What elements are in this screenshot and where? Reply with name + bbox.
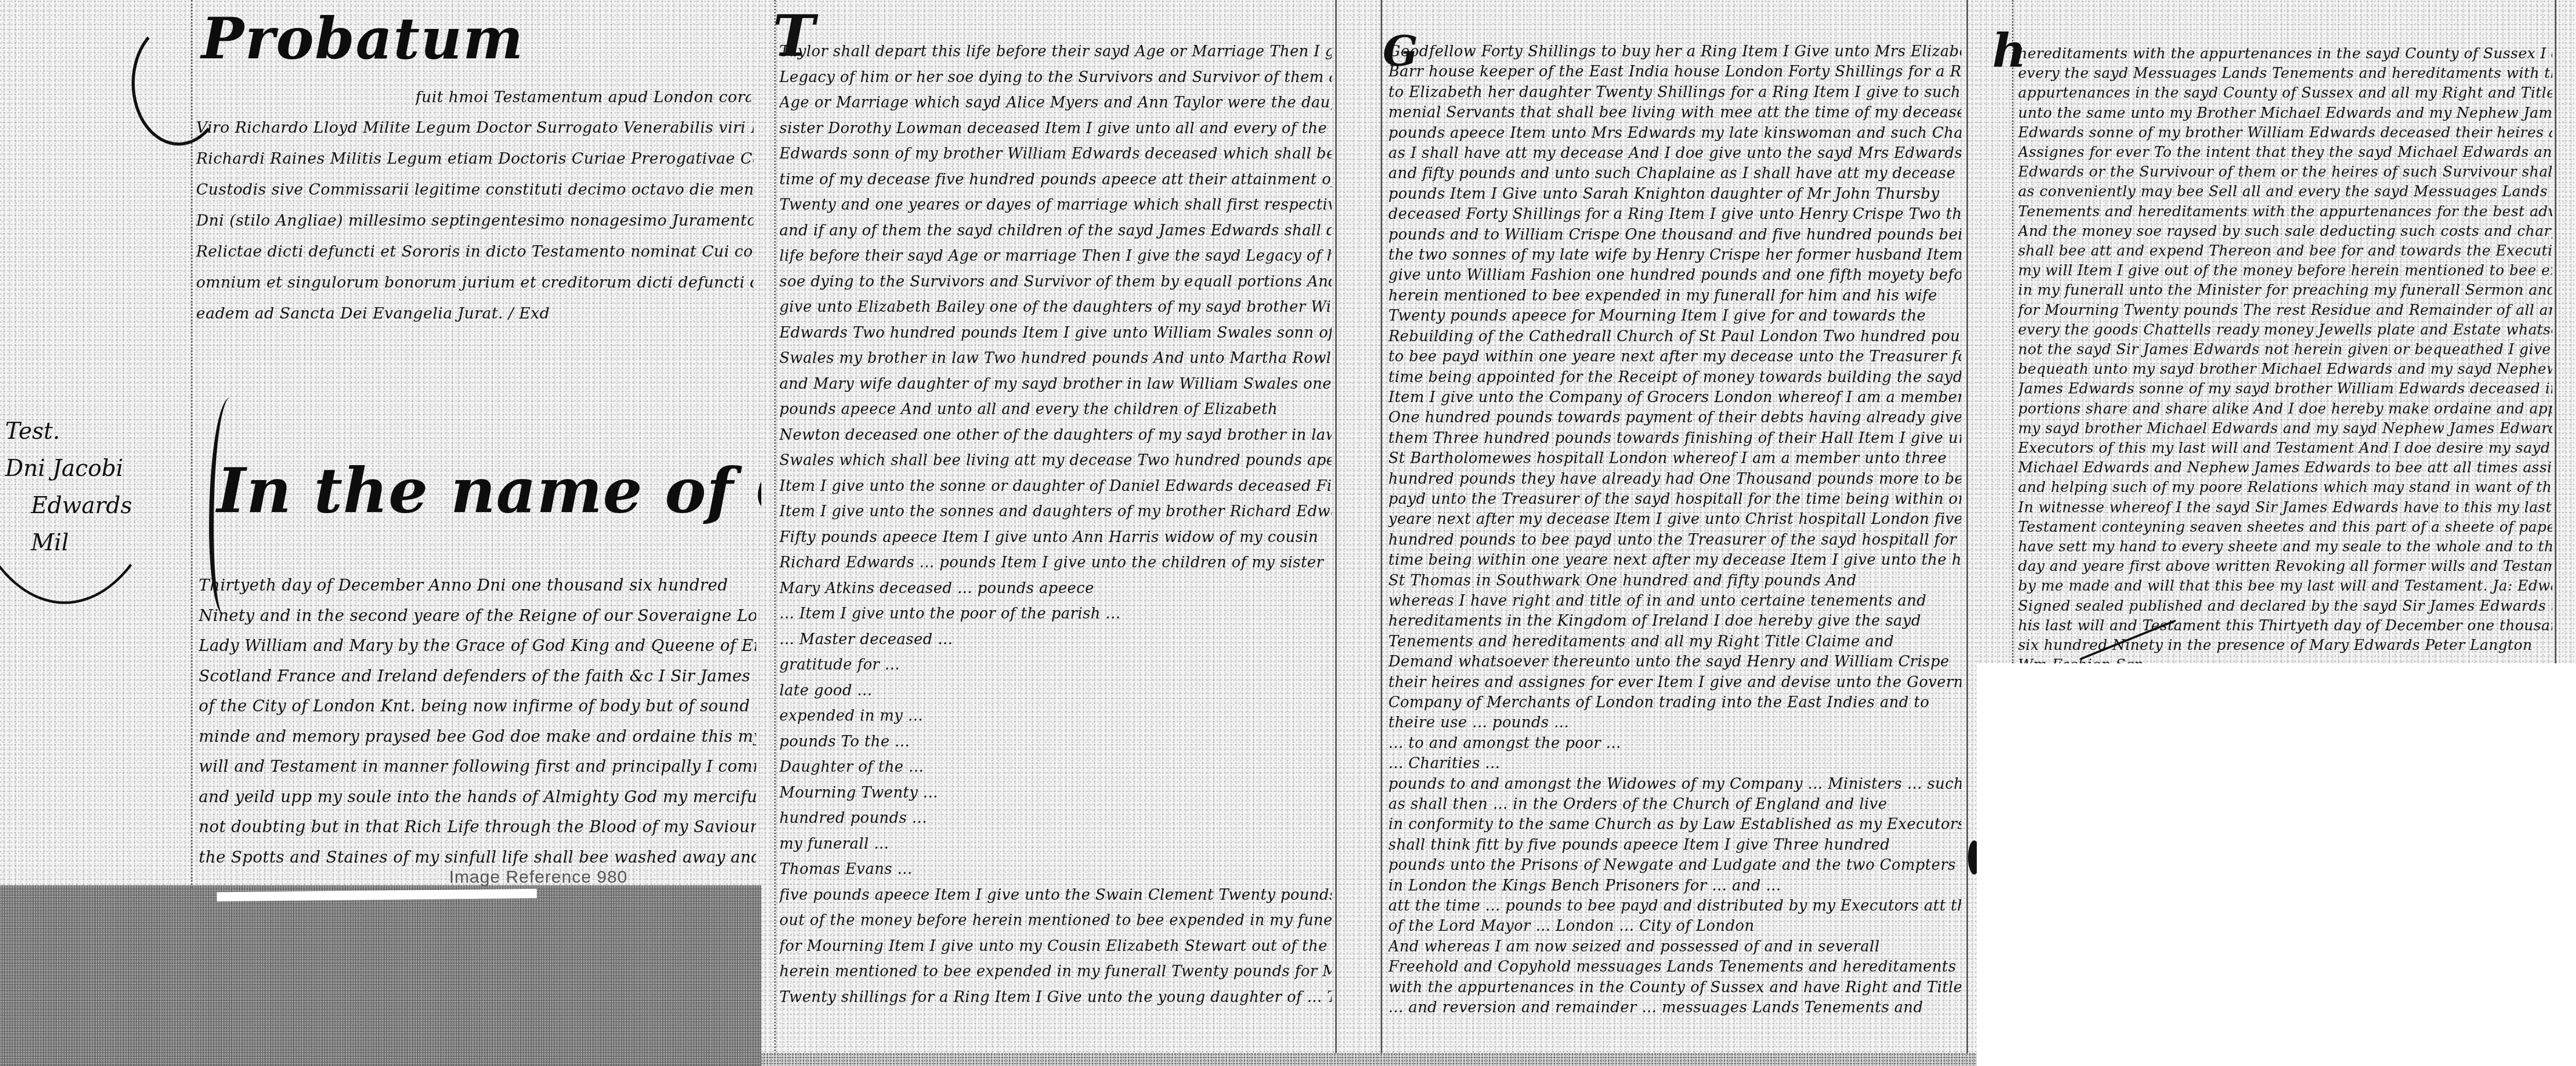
text-line: as I shall have att my decease And I doe… <box>1388 143 1961 163</box>
ink-blot <box>1968 840 1977 874</box>
will-line: not doubting but in that Rich Life throu… <box>199 812 756 842</box>
probate-clause-line: fuit hmoi Testamentum apud London coram … <box>415 83 751 113</box>
text-line: of the Lord Mayor ... London ... City of… <box>1388 916 1961 936</box>
text-line: them Three hundred pounds towards finish… <box>1388 428 1961 448</box>
text-line: time being within one yeare next after m… <box>1388 550 1961 570</box>
text-line: Assignes for ever To the intent that the… <box>2018 142 2552 162</box>
text-line: to Elizabeth her daughter Twenty Shillin… <box>1388 82 1961 102</box>
text-line: Rebuilding of the Cathedrall Church of S… <box>1388 326 1961 346</box>
text-line: time of my decease five hundred pounds a… <box>779 167 1332 193</box>
text-line: ... to and amongst the poor ... <box>1388 733 1961 753</box>
text-line: menial Servants that shall bee living wi… <box>1388 102 1961 122</box>
text-line: In witnesse whereof I the sayd Sir James… <box>2018 498 2552 517</box>
text-line: appurtenances in the sayd County of Suss… <box>2018 83 2552 103</box>
will-line: will and Testament in manner following f… <box>199 752 756 782</box>
text-line: Age or Marriage which sayd Alice Myers a… <box>779 90 1332 116</box>
text-line: Legacy of him or her soe dying to the Su… <box>779 65 1332 90</box>
text-line: hereditaments with the appurtenances in … <box>2018 44 2552 63</box>
text-line: to bee payd within one yeare next after … <box>1388 346 1961 367</box>
text-line: Demand whatsoever thereunto unto the say… <box>1388 651 1961 672</box>
panel-2-text: Taylor shall depart this life before the… <box>779 39 1332 1010</box>
text-line: St Thomas in Southwark One hundred and f… <box>1388 570 1961 591</box>
text-line: five pounds apeece Item I give unto the … <box>779 882 1332 908</box>
text-line: Fifty pounds apeece Item I give unto Ann… <box>779 524 1332 550</box>
text-line: herein mentioned to bee expended in my f… <box>779 959 1332 984</box>
text-line: every the goods Chattells ready money Je… <box>2018 320 2552 340</box>
text-line: Executors of this my last will and Testa… <box>2018 438 2552 458</box>
gutter-rule <box>2555 0 2556 663</box>
margin-note-line: Dni Jacobi <box>0 450 170 487</box>
text-line: bequeath unto my sayd brother Michael Ed… <box>2018 359 2552 379</box>
will-line: Scotland France and Ireland defenders of… <box>199 661 756 692</box>
text-line: time being appointed for the Receipt of … <box>1388 367 1961 387</box>
text-line: and helping such of my poore Relations w… <box>2018 478 2552 497</box>
text-line: hundred pounds they have already had One… <box>1388 469 1961 489</box>
page-panel-3: G Goodfellow Forty Shillings to buy her … <box>1350 0 1977 1066</box>
text-line: Michael Edwards and Nephew James Edwards… <box>2018 458 2552 478</box>
probate-clause-line: eadem ad Sancta Dei Evangelia Jurat. / E… <box>196 298 754 329</box>
text-line: soe dying to the Survivors and Survivor … <box>779 269 1332 295</box>
text-line: Swales which shall bee living att my dec… <box>779 448 1332 473</box>
text-line: out of the money before herein mentioned… <box>779 908 1332 933</box>
text-line: have sett my hand to every sheete and my… <box>2018 537 2552 556</box>
probate-clause-line: omnium et singulorum bonorum jurium et c… <box>196 267 754 298</box>
gutter-rule <box>1335 0 1337 1066</box>
text-line: in conformity to the same Church as by L… <box>1388 814 1961 834</box>
text-line: gratitude for ... <box>779 652 1332 678</box>
text-line: James Edwards sonne of my sayd brother W… <box>2018 379 2552 399</box>
text-line: for Mourning Twenty pounds The rest Resi… <box>2018 300 2552 320</box>
margin-note-line: Edwards Mil <box>0 487 170 562</box>
text-line: my will Item I give out of the money bef… <box>2018 261 2552 280</box>
text-line: unto the same unto my Brother Michael Ed… <box>2018 103 2552 123</box>
text-line: pounds apeece And unto all and every the… <box>779 396 1332 422</box>
text-line: hundred pounds ... <box>779 805 1332 831</box>
page-panel-4: h hereditaments with the appurtenances i… <box>1977 0 2576 663</box>
text-line: pounds to and amongst the Widowes of my … <box>1388 774 1961 794</box>
text-line: in my funerall unto the Minister for pre… <box>2018 280 2552 300</box>
gutter-rule <box>1966 0 1968 1053</box>
text-line: every the sayd Messuages Lands Tenements… <box>2018 63 2552 83</box>
text-line: pounds unto the Prisons of Newgate and L… <box>1388 855 1961 875</box>
will-line: Thirtyeth day of December Anno Dni one t… <box>199 570 756 601</box>
text-line: theire use ... pounds ... <box>1388 712 1961 733</box>
text-line: portions share and share alike And I doe… <box>2018 399 2552 419</box>
text-line: pounds Item I Give unto Sarah Knighton d… <box>1388 184 1961 204</box>
text-line: expended in my ... <box>779 703 1332 729</box>
panel-3-text: Goodfellow Forty Shillings to buy her a … <box>1388 41 1961 1018</box>
text-line: Newton deceased one other of the daughte… <box>779 422 1332 448</box>
will-line: Lady William and Mary by the Grace of Go… <box>199 631 756 661</box>
text-line: Twenty pounds apeece for Mourning Item I… <box>1388 306 1961 326</box>
will-heading: In the name of God Amen this <box>217 454 761 527</box>
will-line: of the City of London Knt. being now inf… <box>199 691 756 722</box>
text-line: deceased Forty Shillings for a Ring Item… <box>1388 204 1961 224</box>
text-line: hereditaments in the Kingdom of Ireland … <box>1388 611 1961 631</box>
text-line: Item I give unto the Company of Grocers … <box>1388 387 1961 407</box>
text-line: for Mourning Item I give unto my Cousin … <box>779 933 1332 959</box>
text-line: Goodfellow Forty Shillings to buy her a … <box>1388 41 1961 61</box>
text-line: One hundred pounds towards payment of th… <box>1388 407 1961 427</box>
text-line: Item I give unto the sonne or daughter o… <box>779 473 1332 499</box>
probate-clause-line: Richardi Raines Militis Legum etiam Doct… <box>196 144 754 174</box>
text-line: my sayd brother Michael Edwards and my s… <box>2018 419 2552 438</box>
text-line: and if any of them the sayd children of … <box>779 218 1332 244</box>
text-line: his last will and Testament this Thirtye… <box>2018 616 2552 635</box>
margin-rule <box>774 0 776 1066</box>
text-line: Daughter of the ... <box>779 754 1332 780</box>
text-line: my funerall ... <box>779 831 1332 857</box>
text-line: as conveniently may bee Sell all and eve… <box>2018 182 2552 201</box>
image-reference-label: Image Reference 980 <box>449 867 628 887</box>
text-line: ... Master deceased ... <box>779 627 1332 653</box>
will-line: and yeild upp my soule into the hands of… <box>199 782 756 813</box>
text-line: Edwards sonne of my brother William Edwa… <box>2018 123 2552 142</box>
text-line: Barr house keeper of the East India hous… <box>1388 61 1961 82</box>
text-line: Freehold and Copyhold messuages Lands Te… <box>1388 957 1961 977</box>
page-panel-1: Probatum fuit hmoi Testamentum apud Lond… <box>0 0 761 1066</box>
text-line: shall think fitt by five pounds apeece I… <box>1388 835 1961 855</box>
probate-clause-line: Relictae dicti defuncti et Sororis in di… <box>196 236 754 267</box>
text-line: Edwards sonn of my brother William Edwar… <box>779 141 1332 167</box>
text-line: day and yeare first above written Revoki… <box>2018 556 2552 576</box>
text-line: give unto William Fashion one hundred po… <box>1388 265 1961 285</box>
text-line: ... Charities ... <box>1388 753 1961 773</box>
margin-rule <box>1381 0 1382 1053</box>
text-line: the two sonnes of my late wife by Henry … <box>1388 245 1961 265</box>
text-line: life before their sayd Age or marriage T… <box>779 243 1332 269</box>
text-line: give unto Elizabeth Bailey one of the da… <box>779 294 1332 320</box>
scan-edge-strip <box>1350 1053 1977 1066</box>
text-line: Tenements and hereditaments with the app… <box>2018 202 2552 221</box>
margin-note-line: Test. <box>0 413 170 450</box>
text-line: as shall then ... in the Orders of the C… <box>1388 794 1961 814</box>
panel-4-text: hereditaments with the appurtenances in … <box>2018 44 2552 663</box>
text-line: Company of Merchants of London trading i… <box>1388 692 1961 712</box>
scan-edge-strip <box>761 1053 1350 1066</box>
text-line: hundred pounds to bee payd unto the Trea… <box>1388 530 1961 550</box>
text-line: sister Dorothy Lowman deceased Item I gi… <box>779 116 1332 141</box>
margin-rule <box>2012 0 2013 663</box>
text-line: and fifty pounds and unto such Chaplaine… <box>1388 163 1961 183</box>
probate-clause-body: Viro Richardo Lloyd Milite Legum Doctor … <box>196 113 754 329</box>
text-line: Item I give unto the sonnes and daughter… <box>779 499 1332 524</box>
will-line: Ninety and in the second yeare of the Re… <box>199 601 756 631</box>
text-line: ... and reversion and remainder ... mess… <box>1388 997 1961 1017</box>
text-line: and Mary wife daughter of my sayd brothe… <box>779 371 1332 397</box>
text-line: Edwards Two hundred pounds Item I give u… <box>779 320 1332 346</box>
will-line: minde and memory praysed bee God doe mak… <box>199 722 756 752</box>
text-line: Testament conteyning seaven sheetes and … <box>2018 517 2552 537</box>
text-line: shall bee att and expend Thereon and bee… <box>2018 241 2552 261</box>
probate-clause: fuit hmoi Testamentum apud London coram … <box>415 83 751 113</box>
text-line: in London the Kings Bench Prisoners for … <box>1388 876 1961 896</box>
probate-clause-line: Viro Richardo Lloyd Milite Legum Doctor … <box>196 113 754 144</box>
text-line: Signed sealed published and declared by … <box>2018 596 2552 616</box>
scan-edge-band <box>0 885 761 1066</box>
text-line: And the money soe raysed by such sale de… <box>2018 221 2552 241</box>
text-line: att the time ... pounds to bee payd and … <box>1388 896 1961 916</box>
margin-note: Test. Dni Jacobi Edwards Mil <box>0 413 170 562</box>
probate-clause-line: Dni (stilo Angliae) millesimo septingent… <box>196 205 754 236</box>
probate-clause-line: Custodis sive Commissarii legitime const… <box>196 174 754 205</box>
text-line: pounds apeece Item unto Mrs Edwards my l… <box>1388 123 1961 143</box>
text-line: pounds To the ... <box>779 729 1332 755</box>
text-line: with the appurtenances in the County of … <box>1388 977 1961 997</box>
text-line: Tenements and hereditaments and all my R… <box>1388 631 1961 651</box>
text-line: Twenty shillings for a Ring Item I Give … <box>779 984 1332 1010</box>
probate-heading: Probatum <box>201 5 524 72</box>
text-line: whereas I have right and title of in and… <box>1388 591 1961 611</box>
text-line: Edwards or the Survivour of them or the … <box>2018 162 2552 182</box>
text-line: yeare next after my decease Item I give … <box>1388 509 1961 529</box>
text-line: late good ... <box>779 678 1332 704</box>
text-line: Swales my brother in law Two hundred pou… <box>779 345 1332 371</box>
text-line: Mourning Twenty ... <box>779 780 1332 806</box>
text-line: And whereas I am now seized and possesse… <box>1388 936 1961 957</box>
text-line: by me made and will that this bee my las… <box>2018 576 2552 596</box>
text-line: payd unto the Treasurer of the sayd hosp… <box>1388 489 1961 509</box>
text-line: Twenty and one yeares or dayes of marria… <box>779 192 1332 218</box>
text-line: herein mentioned to bee expended in my f… <box>1388 285 1961 306</box>
text-line: Thomas Evans ... <box>779 856 1332 882</box>
text-line: ... Item I give unto the poor of the par… <box>779 601 1332 627</box>
text-line: St Bartholomewes hospitall London whereo… <box>1388 448 1961 468</box>
text-line: Mary Atkins deceased ... pounds apeece <box>779 576 1332 601</box>
text-line: their heires and assignes for ever Item … <box>1388 672 1961 692</box>
page-panel-2: T Taylor shall depart this life before t… <box>761 0 1350 1066</box>
text-line: Richard Edwards ... pounds Item I give u… <box>779 550 1332 576</box>
will-opening-text: Thirtyeth day of December Anno Dni one t… <box>199 570 756 872</box>
text-line: Taylor shall depart this life before the… <box>779 39 1332 65</box>
text-line: Wm Fashion Scr. <box>2018 655 2552 663</box>
text-line: pounds and to William Crispe One thousan… <box>1388 225 1961 245</box>
text-line: not the sayd Sir James Edwards not herei… <box>2018 340 2552 359</box>
